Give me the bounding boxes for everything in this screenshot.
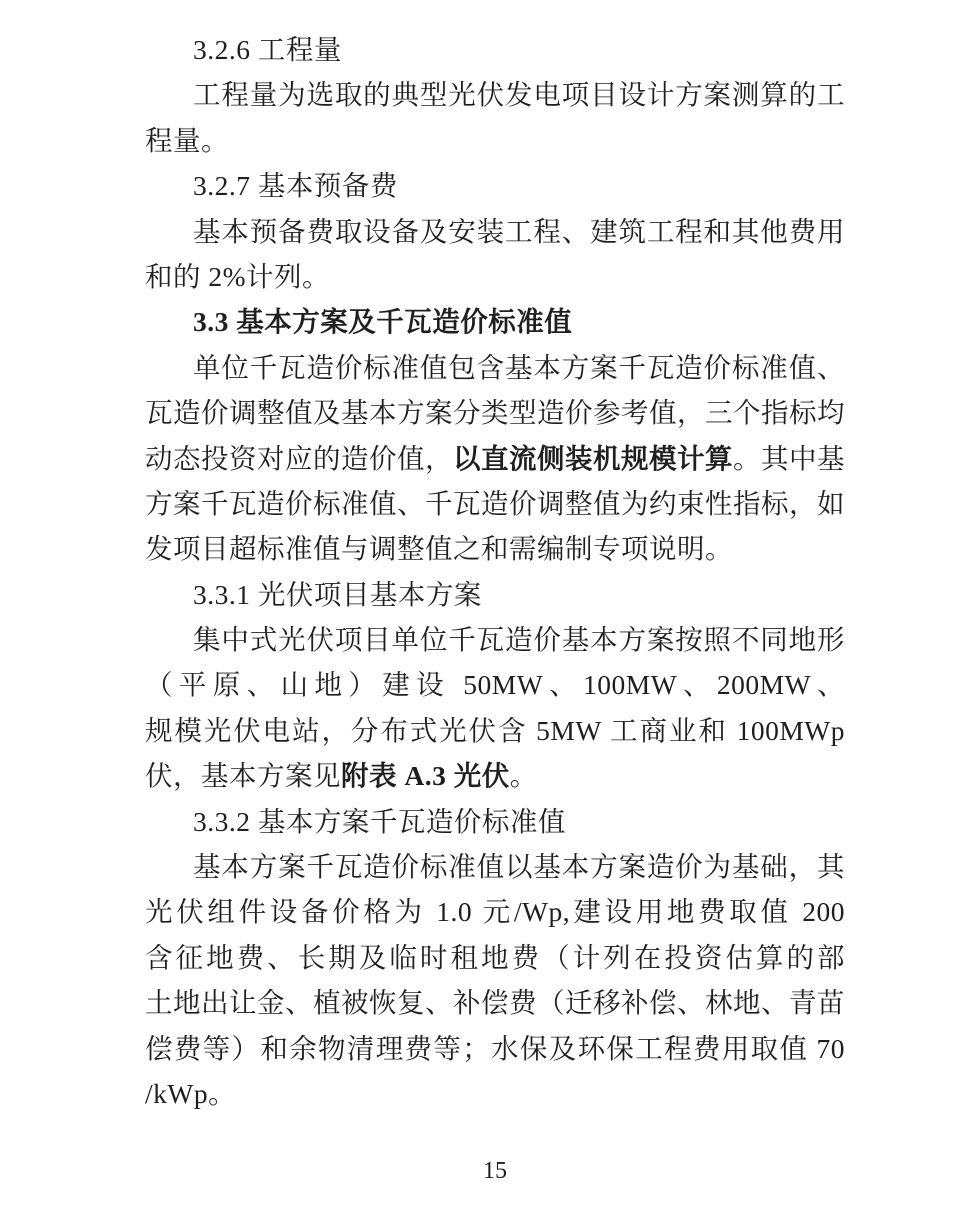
text-line: /kWp。 [145,1071,845,1116]
document-page: 3.2.6 工程量工程量为选取的典型光伏发电项目设计方案测算的工程量。3.2.7… [0,0,970,1212]
text-line: 集中式光伏项目单位千瓦造价基本方案按照不同地形 [145,617,845,662]
text-run: 单位千瓦造价标准值包含基本方案千瓦造价标准值、千 [145,352,845,390]
text-line: 光伏组件设备价格为 1.0 元/Wp,建设用地费取值 200 元/kWp, [145,889,845,934]
text-run: 发项目超标准值与调整值之和需编制专项说明。 [145,533,733,564]
text-run: 3.2.6 工程量 [193,34,342,65]
text-line: 瓦造价调整值及基本方案分类型造价参考值，三个指标均为 [145,390,845,435]
text-run: 集中式光伏项目单位千瓦造价基本方案按照不同地形 [193,624,845,655]
text-run: 基本预备费取设备及安装工程、建筑工程和其他费用之 [145,216,845,254]
text-line: 规模光伏电站，分布式光伏含 5MW 工商业和 100MWp 户用光 [145,708,845,753]
text-line: 3.3 基本方案及千瓦造价标准值 [145,299,845,344]
text-run: 瓦造价调整值及基本方案分类型造价参考值，三个指标均为 [145,397,845,435]
text-run: 偿费等）和余物清理费等；水保及环保工程费用取值 70 元 [145,1033,845,1071]
text-run: 基本方案千瓦造价标准值以基本方案造价为基础，其中 [145,851,845,889]
text-line: 单位千瓦造价标准值包含基本方案千瓦造价标准值、千 [145,345,845,390]
text-run: 含征地费、长期及临时租地费（计列在投资估算的部分）、 [145,942,845,980]
text-line: （平原、山地）建设 50MW、100MW、200MW、500MW 和 1000M… [145,662,845,707]
text-run: 动态投资对应的造价值， [145,443,453,474]
text-run-bold: 以直流侧装机规模计算 [453,443,733,474]
text-line: 3.3.1 光伏项目基本方案 [145,572,845,617]
text-run: 3.3.1 光伏项目基本方案 [193,579,482,610]
text-line: 3.2.7 基本预备费 [145,163,845,208]
text-line: 基本预备费取设备及安装工程、建筑工程和其他费用之 [145,209,845,254]
text-line: 动态投资对应的造价值，以直流侧装机规模计算。其中基本 [145,436,845,481]
text-line: 发项目超标准值与调整值之和需编制专项说明。 [145,526,845,571]
text-line: 偿费等）和余物清理费等；水保及环保工程费用取值 70 元 [145,1026,845,1071]
text-line: 方案千瓦造价标准值、千瓦造价调整值为约束性指标，如开 [145,481,845,526]
text-run: 方案千瓦造价标准值、千瓦造价调整值为约束性指标，如开 [145,488,845,526]
text-run: 规模光伏电站，分布式光伏含 5MW 工商业和 100MWp 户用光 [145,715,845,753]
text-line: 伏，基本方案见附表 A.3 光伏。 [145,753,845,798]
text-run: 工程量为选取的典型光伏发电项目设计方案测算的工 [193,79,845,110]
text-run-bold: 3.3 基本方案及千瓦造价标准值 [193,306,572,337]
text-run: 光伏组件设备价格为 1.0 元/Wp,建设用地费取值 200 元/kWp, [145,896,845,934]
text-line: 基本方案千瓦造价标准值以基本方案造价为基础，其中 [145,844,845,889]
text-run: 程量。 [145,125,229,156]
text-line: 3.2.6 工程量 [145,27,845,72]
text-run-bold: 附表 A.3 光伏 [341,760,510,791]
text-line: 程量。 [145,118,845,163]
text-run: 土地出让金、植被恢复、补偿费（迁移补偿、林地、青苗补 [145,987,845,1025]
page-number: 15 [145,1158,845,1185]
text-run: 。 [510,760,538,791]
text-run: 和的 2%计列。 [145,261,330,292]
text-line: 和的 2%计列。 [145,254,845,299]
text-line: 含征地费、长期及临时租地费（计列在投资估算的部分）、 [145,935,845,980]
text-run: 伏，基本方案见 [145,760,341,791]
document-body: 3.2.6 工程量工程量为选取的典型光伏发电项目设计方案测算的工程量。3.2.7… [145,27,845,1116]
text-run: /kWp。 [145,1078,236,1109]
text-run: 3.2.7 基本预备费 [193,170,398,201]
text-run: 3.3.2 基本方案千瓦造价标准值 [193,806,566,837]
text-line: 土地出让金、植被恢复、补偿费（迁移补偿、林地、青苗补 [145,980,845,1025]
text-run: （平原、山地）建设 50MW、100MW、200MW、500MW 和 1000M… [145,669,845,707]
text-line: 3.3.2 基本方案千瓦造价标准值 [145,799,845,844]
text-line: 工程量为选取的典型光伏发电项目设计方案测算的工 [145,72,845,117]
